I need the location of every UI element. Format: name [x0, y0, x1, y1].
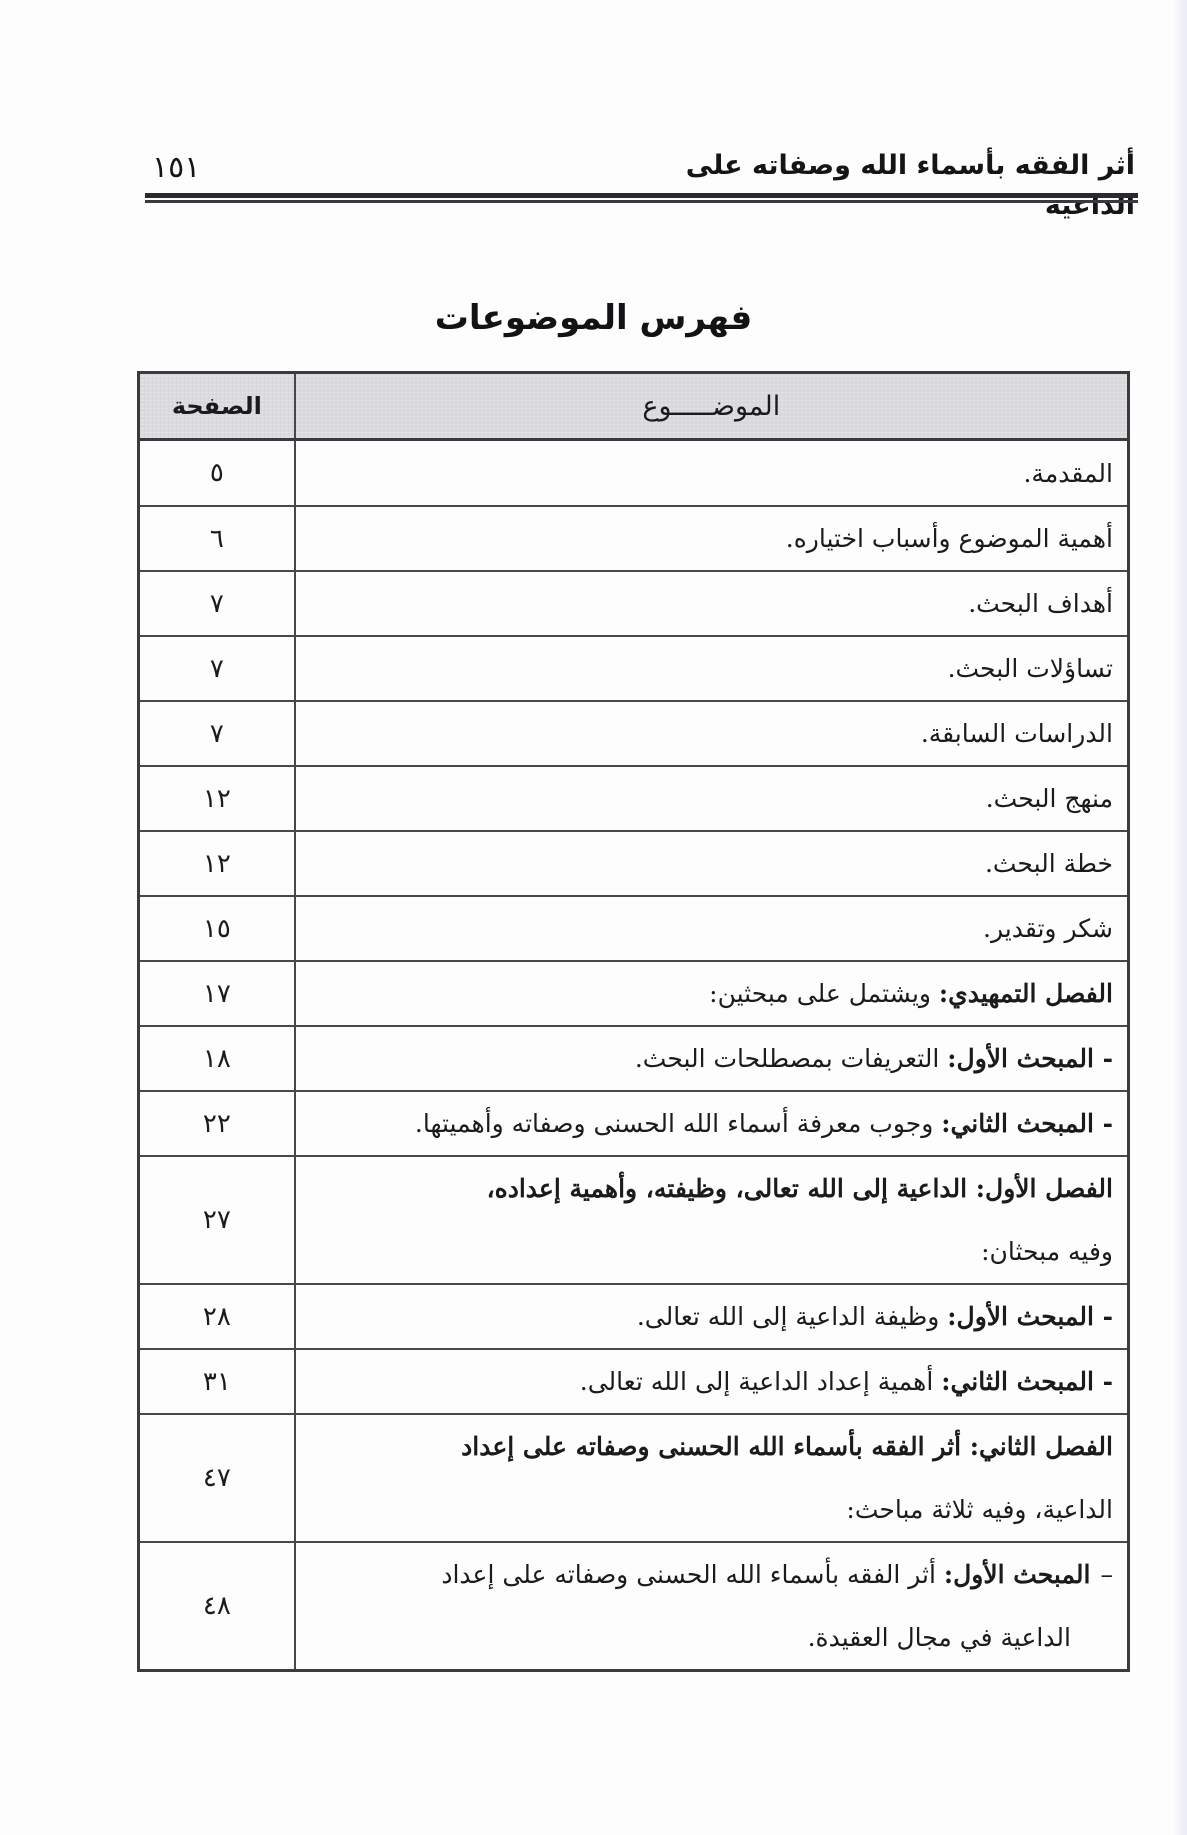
toc-row-section: - المبحث الأول: وظيفة الداعية إلى الله ت…	[139, 1284, 1129, 1349]
column-header-topic: الموضـــــوع	[295, 373, 1129, 440]
toc-topic-text: الدراسات السابقة.	[921, 719, 1113, 748]
toc-topic-text: المقدمة.	[1023, 459, 1113, 488]
toc-page: ١٢	[139, 766, 295, 831]
running-header-title: أثر الفقه بأسماء الله وصفاته على الداعية	[675, 146, 1135, 226]
toc-topic-lead: - المبحث الأول:	[947, 1044, 1113, 1073]
toc-topic-text: أهمية إعداد الداعية إلى الله تعالى.	[580, 1367, 941, 1396]
toc-topic-lead: - المبحث الثاني:	[941, 1367, 1113, 1396]
toc-topic: الدراسات السابقة.	[295, 701, 1129, 766]
toc-topic-text: أثر الفقه بأسماء الله الحسنى وصفاته على …	[441, 1560, 944, 1589]
toc-topic: الفصل التمهيدي: ويشتمل على مبحثين:	[295, 961, 1129, 1026]
toc-row-section: - المبحث الثاني: أهمية إعداد الداعية إلى…	[139, 1349, 1129, 1414]
toc-row-section: - المبحث الثاني: وجوب معرفة أسماء الله ا…	[139, 1091, 1129, 1156]
toc-page: ٧	[139, 636, 295, 701]
toc-topic-text: الداعية، وفيه ثلاثة مباحث:	[846, 1495, 1113, 1524]
toc-page: ٤٨	[139, 1542, 295, 1671]
toc-topic-text: تساؤلات البحث.	[948, 654, 1113, 683]
toc-row: أهداف البحث. ٧	[139, 571, 1129, 636]
toc-row: شكر وتقدير. ١٥	[139, 896, 1129, 961]
toc-topic-text: أهمية الموضوع وأسباب اختياره.	[786, 524, 1113, 553]
toc-page: ٥	[139, 440, 295, 507]
toc-topic: منهج البحث.	[295, 766, 1129, 831]
toc-topic: أهداف البحث.	[295, 571, 1129, 636]
toc-topic-lead: الفصل الثاني: أثر الفقه بأسماء الله الحس…	[461, 1432, 1113, 1461]
toc-topic: أهمية الموضوع وأسباب اختياره.	[295, 506, 1129, 571]
toc-topic-text: ويشتمل على مبحثين:	[709, 979, 939, 1008]
toc-topic-text: أهداف البحث.	[968, 589, 1113, 618]
toc-page: ٧	[139, 701, 295, 766]
toc-topic: تساؤلات البحث.	[295, 636, 1129, 701]
header-rule-thin	[145, 200, 1138, 203]
toc-dash: –	[1101, 1543, 1114, 1606]
toc-topic-text: وجوب معرفة أسماء الله الحسنى وصفاته وأهم…	[415, 1109, 941, 1138]
toc-header-row: الموضـــــوع الصفحة	[139, 373, 1129, 440]
toc-table: الموضـــــوع الصفحة المقدمة. ٥ أهمية الم…	[137, 371, 1130, 1672]
toc-topic-lead: الفصل الأول: الداعية إلى الله تعالى، وظي…	[487, 1174, 1113, 1203]
toc-topic-text: شكر وتقدير.	[983, 914, 1113, 943]
toc-topic-lead: الفصل التمهيدي:	[939, 979, 1113, 1008]
toc-topic: الفصل الأول: الداعية إلى الله تعالى، وظي…	[295, 1156, 1129, 1284]
toc-page: ٢٢	[139, 1091, 295, 1156]
toc-topic: - المبحث الأول: وظيفة الداعية إلى الله ت…	[295, 1284, 1129, 1349]
toc-topic-text: وفيه مبحثان:	[981, 1237, 1113, 1266]
toc-topic-text: خطة البحث.	[985, 849, 1113, 878]
toc-topic: المقدمة.	[295, 440, 1129, 507]
toc-row-chapter: الفصل التمهيدي: ويشتمل على مبحثين: ١٧	[139, 961, 1129, 1026]
toc-page: ٧	[139, 571, 295, 636]
toc-topic-lead: - المبحث الأول:	[947, 1302, 1113, 1331]
page-number: ١٥١	[152, 148, 222, 188]
toc-row-chapter: الفصل الأول: الداعية إلى الله تعالى، وظي…	[139, 1156, 1129, 1284]
toc-topic-lead: - المبحث الثاني:	[941, 1109, 1113, 1138]
toc-topic: خطة البحث.	[295, 831, 1129, 896]
toc-topic-lead: المبحث الأول:	[944, 1560, 1091, 1589]
toc-topic: الفصل الثاني: أثر الفقه بأسماء الله الحس…	[295, 1414, 1129, 1542]
toc-row-section: - المبحث الأول: التعريفات بمصطلحات البحث…	[139, 1026, 1129, 1091]
toc-topic: - المبحث الثاني: وجوب معرفة أسماء الله ا…	[295, 1091, 1129, 1156]
toc-row: المقدمة. ٥	[139, 440, 1129, 507]
toc-page: ٣١	[139, 1349, 295, 1414]
toc-title: فهرس الموضوعات	[0, 293, 1187, 343]
toc-page: ١٢	[139, 831, 295, 896]
toc-topic: - المبحث الثاني: أهمية إعداد الداعية إلى…	[295, 1349, 1129, 1414]
toc-page: ٢٨	[139, 1284, 295, 1349]
toc-row: الدراسات السابقة. ٧	[139, 701, 1129, 766]
toc-page: ٤٧	[139, 1414, 295, 1542]
toc-row-section: –المبحث الأول: أثر الفقه بأسماء الله الح…	[139, 1542, 1129, 1671]
toc-topic: شكر وتقدير.	[295, 896, 1129, 961]
toc-row: أهمية الموضوع وأسباب اختياره. ٦	[139, 506, 1129, 571]
header-rule-thick	[145, 193, 1138, 198]
toc-topic: –المبحث الأول: أثر الفقه بأسماء الله الح…	[295, 1542, 1129, 1671]
toc-page: ٦	[139, 506, 295, 571]
page-edge-shadow	[1173, 0, 1187, 1835]
toc-topic-text: منهج البحث.	[986, 784, 1113, 813]
toc-topic: - المبحث الأول: التعريفات بمصطلحات البحث…	[295, 1026, 1129, 1091]
toc-row: تساؤلات البحث. ٧	[139, 636, 1129, 701]
toc-topic-text: وظيفة الداعية إلى الله تعالى.	[637, 1302, 947, 1331]
toc-topic-text-continued: الداعية في مجال العقيدة.	[808, 1606, 1113, 1669]
toc-page: ٢٧	[139, 1156, 295, 1284]
toc-topic-text: التعريفات بمصطلحات البحث.	[635, 1044, 947, 1073]
toc-page: ١٨	[139, 1026, 295, 1091]
toc-page: ١٥	[139, 896, 295, 961]
toc-row: منهج البحث. ١٢	[139, 766, 1129, 831]
header-double-rule	[145, 193, 1138, 204]
toc-row: خطة البحث. ١٢	[139, 831, 1129, 896]
toc-page: ١٧	[139, 961, 295, 1026]
toc-row-chapter: الفصل الثاني: أثر الفقه بأسماء الله الحس…	[139, 1414, 1129, 1542]
column-header-page: الصفحة	[139, 373, 295, 440]
